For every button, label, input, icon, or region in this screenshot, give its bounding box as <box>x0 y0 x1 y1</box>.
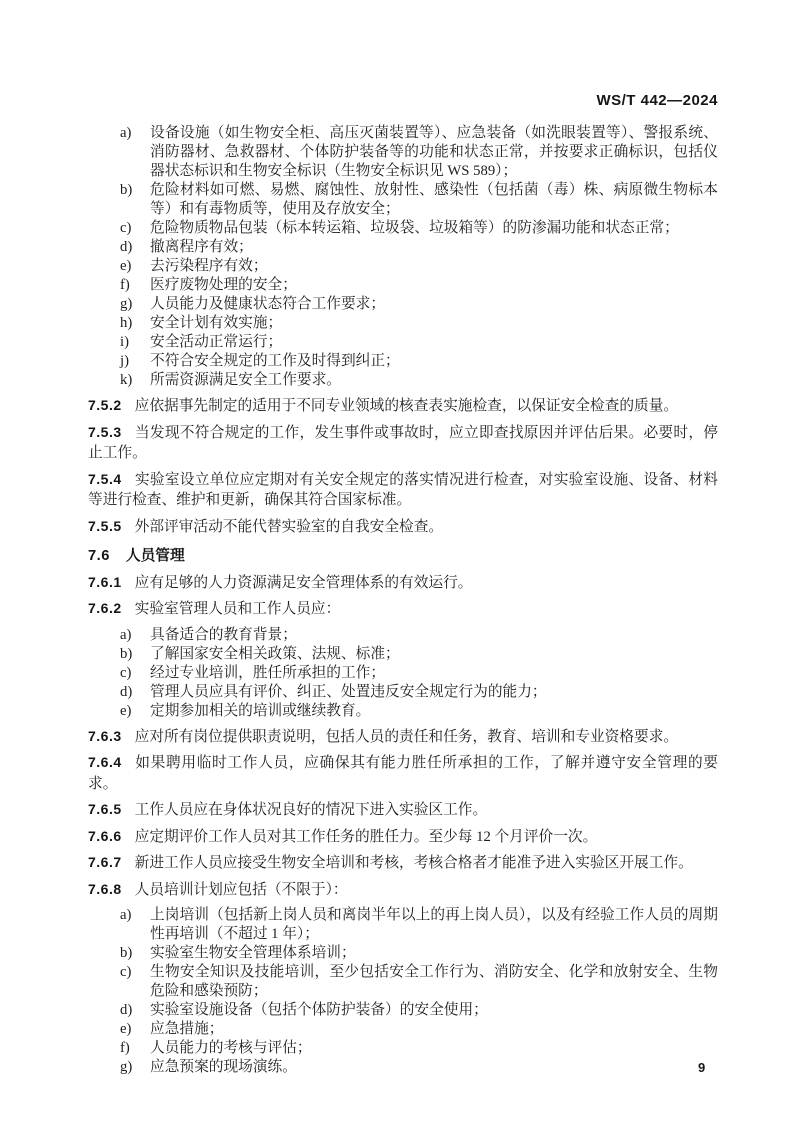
list-item-label: g) <box>120 1058 150 1077</box>
list-item-text: 不符合安全规定的工作及时得到纠正； <box>150 352 718 371</box>
list-item-label: c) <box>120 963 150 1001</box>
list-item: a) 上岗培训（包括新上岗人员和离岗半年以上的再上岗人员），以及有经验工作人员的… <box>120 906 718 944</box>
clause-number: 7.6.2 <box>88 600 122 616</box>
list-item-text: 所需资源满足安全工作要求。 <box>150 371 718 390</box>
clause-text: 如果聘用临时工作人员，应确保其有能力胜任所承担的工作，了解并遵守安全管理的要求。 <box>88 755 718 792</box>
list-item-text: 应急措施； <box>150 1020 718 1039</box>
list-item-label: c) <box>120 664 150 683</box>
list-item-text: 管理人员应具有评价、纠正、处置违反安全规定行为的能力； <box>150 683 718 702</box>
list-item-text: 医疗废物处理的安全； <box>150 276 718 295</box>
safety-check-list: a) 设备设施（如生物安全柜、高压灭菌装置等）、应急装备（如洗眼装置等）、警报系… <box>88 124 718 390</box>
list-item-text: 去污染程序有效； <box>150 257 718 276</box>
list-item-label: e) <box>120 1020 150 1039</box>
list-item-text: 具备适合的教育背景； <box>150 626 718 645</box>
list-item: e) 定期参加相关的培训或继续教育。 <box>120 702 718 721</box>
list-item: d) 实验室设施设备（包括个体防护装备）的安全使用； <box>120 1001 718 1020</box>
clause-7-5-4: 7.5.4实验室设立单位应定期对有关安全规定的落实情况进行检查，对实验室设施、设… <box>88 469 718 511</box>
clause-7-5-5: 7.5.5外部评审活动不能代替实验室的自我安全检查。 <box>88 516 718 538</box>
list-item: h) 安全计划有效实施； <box>120 314 718 333</box>
clause-text: 应对所有岗位提供职责说明，包括人员的责任和任务，教育、培训和专业资格要求。 <box>135 729 678 745</box>
list-item-label: d) <box>120 238 150 257</box>
clause-number: 7.6.4 <box>88 754 122 770</box>
clause-7-6-3: 7.6.3应对所有岗位提供职责说明，包括人员的责任和任务，教育、培训和专业资格要… <box>88 726 718 748</box>
list-item-text: 危险物质物品包装（标本转运箱、垃圾袋、垃圾箱等）的防渗漏功能和状态正常； <box>150 219 718 238</box>
list-item: a) 设备设施（如生物安全柜、高压灭菌装置等）、应急装备（如洗眼装置等）、警报系… <box>120 124 718 181</box>
list-item-label: d) <box>120 1001 150 1020</box>
list-item-label: c) <box>120 219 150 238</box>
clause-7-6-8: 7.6.8人员培训计划应包括（不限于）： <box>88 879 718 901</box>
list-item: e) 去污染程序有效； <box>120 257 718 276</box>
list-item: b) 实验室生物安全管理体系培训； <box>120 944 718 963</box>
clause-7-6-6: 7.6.6应定期评价工作人员对其工作任务的胜任力。至少每 12 个月评价一次。 <box>88 826 718 848</box>
page-number: 9 <box>698 1060 705 1075</box>
list-item: f) 人员能力的考核与评估； <box>120 1039 718 1058</box>
list-item-text: 应急预案的现场演练。 <box>150 1058 718 1077</box>
clause-number: 7.5.2 <box>88 397 122 413</box>
clause-7-6-5: 7.6.5工作人员应在身体状况良好的情况下进入实验区工作。 <box>88 799 718 821</box>
list-item-label: e) <box>120 257 150 276</box>
list-item-text: 危险材料如可燃、易燃、腐蚀性、放射性、感染性（包括菌（毒）株、病原微生物标本等）… <box>150 181 718 219</box>
section-number: 7.6 <box>88 548 110 564</box>
list-item-text: 定期参加相关的培训或继续教育。 <box>150 702 718 721</box>
list-item: d) 管理人员应具有评价、纠正、处置违反安全规定行为的能力； <box>120 683 718 702</box>
clause-text: 人员培训计划应包括（不限于）： <box>135 882 348 898</box>
list-item: g) 人员能力及健康状态符合工作要求； <box>120 295 718 314</box>
list-item-label: i) <box>120 333 150 352</box>
list-item-text: 人员能力的考核与评估； <box>150 1039 718 1058</box>
clause-text: 外部评审活动不能代替实验室的自我安全检查。 <box>135 519 443 535</box>
list-item-label: f) <box>120 1039 150 1058</box>
list-item: f) 医疗废物处理的安全； <box>120 276 718 295</box>
list-item: k) 所需资源满足安全工作要求。 <box>120 371 718 390</box>
clause-number: 7.6.5 <box>88 801 122 817</box>
clause-text: 工作人员应在身体状况良好的情况下进入实验区工作。 <box>135 802 488 818</box>
page-content: a) 设备设施（如生物安全柜、高压灭菌装置等）、应急装备（如洗眼装置等）、警报系… <box>88 124 718 1077</box>
list-item-text: 经过专业培训，胜任所承担的工作； <box>150 664 718 683</box>
section-title: 人员管理 <box>126 548 185 564</box>
list-item: e) 应急措施； <box>120 1020 718 1039</box>
list-item-text: 撤离程序有效； <box>150 238 718 257</box>
list-item: g) 应急预案的现场演练。 <box>120 1058 718 1077</box>
list-item-label: a) <box>120 906 150 944</box>
clause-7-5-2: 7.5.2应依据事先制定的适用于不同专业领域的核查表实施检查，以保证安全检查的质… <box>88 395 718 417</box>
list-item-text: 设备设施（如生物安全柜、高压灭菌装置等）、应急装备（如洗眼装置等）、警报系统、消… <box>150 124 718 181</box>
document-page: WS/T 442—2024 a) 设备设施（如生物安全柜、高压灭菌装置等）、应急… <box>0 0 793 1122</box>
clause-7-6-1: 7.6.1应有足够的人力资源满足安全管理体系的有效运行。 <box>88 572 718 594</box>
list-item: c) 生物安全知识及技能培训，至少包括安全工作行为、消防安全、化学和放射安全、生… <box>120 963 718 1001</box>
list-item-label: k) <box>120 371 150 390</box>
list-item: d) 撤离程序有效； <box>120 238 718 257</box>
clause-7-5-3: 7.5.3当发现不符合规定的工作，发生事件或事故时，应立即查找原因并评估后果。必… <box>88 422 718 464</box>
list-item-text: 实验室生物安全管理体系培训； <box>150 944 718 963</box>
clause-number: 7.5.4 <box>88 471 122 487</box>
clause-7-6-4: 7.6.4如果聘用临时工作人员，应确保其有能力胜任所承担的工作，了解并遵守安全管… <box>88 752 718 794</box>
clause-7-6-2: 7.6.2实验室管理人员和工作人员应： <box>88 598 718 620</box>
list-item-text: 安全活动正常运行； <box>150 333 718 352</box>
clause-text: 新进工作人员应接受生物安全培训和考核，考核合格者才能准予进入实验区开展工作。 <box>135 855 693 871</box>
clause-text: 实验室设立单位应定期对有关安全规定的落实情况进行检查，对实验室设施、设备、材料等… <box>88 472 718 509</box>
clause-number: 7.6.7 <box>88 854 122 870</box>
clause-number: 7.5.5 <box>88 518 122 534</box>
clause-text: 实验室管理人员和工作人员应： <box>135 601 341 617</box>
clause-number: 7.6.3 <box>88 728 122 744</box>
list-item-label: b) <box>120 944 150 963</box>
list-item-label: a) <box>120 626 150 645</box>
list-item-label: g) <box>120 295 150 314</box>
training-plan-list: a) 上岗培训（包括新上岗人员和离岗半年以上的再上岗人员），以及有经验工作人员的… <box>88 906 718 1077</box>
list-item-label: f) <box>120 276 150 295</box>
list-item-label: b) <box>120 181 150 219</box>
clause-number: 7.6.8 <box>88 881 122 897</box>
list-item-label: h) <box>120 314 150 333</box>
personnel-requirements-list: a) 具备适合的教育背景； b) 了解国家安全相关政策、法规、标准； c) 经过… <box>88 626 718 721</box>
list-item: c) 危险物质物品包装（标本转运箱、垃圾袋、垃圾箱等）的防渗漏功能和状态正常； <box>120 219 718 238</box>
list-item-label: b) <box>120 645 150 664</box>
list-item: i) 安全活动正常运行； <box>120 333 718 352</box>
list-item: b) 危险材料如可燃、易燃、腐蚀性、放射性、感染性（包括菌（毒）株、病原微生物标… <box>120 181 718 219</box>
list-item-text: 人员能力及健康状态符合工作要求； <box>150 295 718 314</box>
list-item: b) 了解国家安全相关政策、法规、标准； <box>120 645 718 664</box>
clause-number: 7.5.3 <box>88 424 122 440</box>
standard-number-header: WS/T 442—2024 <box>596 92 718 109</box>
list-item-text: 上岗培训（包括新上岗人员和离岗半年以上的再上岗人员），以及有经验工作人员的周期性… <box>150 906 718 944</box>
list-item-label: a) <box>120 124 150 181</box>
clause-number: 7.6.1 <box>88 574 122 590</box>
clause-text: 应有足够的人力资源满足安全管理体系的有效运行。 <box>135 575 473 591</box>
clause-text: 应定期评价工作人员对其工作任务的胜任力。至少每 12 个月评价一次。 <box>135 829 598 845</box>
section-heading-7-6: 7.6人员管理 <box>88 546 718 567</box>
clause-7-6-7: 7.6.7新进工作人员应接受生物安全培训和考核，考核合格者才能准予进入实验区开展… <box>88 852 718 874</box>
clause-text: 应依据事先制定的适用于不同专业领域的核查表实施检查，以保证安全检查的质量。 <box>135 398 678 414</box>
clause-number: 7.6.6 <box>88 828 122 844</box>
list-item-label: d) <box>120 683 150 702</box>
list-item-label: j) <box>120 352 150 371</box>
list-item-text: 了解国家安全相关政策、法规、标准； <box>150 645 718 664</box>
list-item-label: e) <box>120 702 150 721</box>
list-item-text: 实验室设施设备（包括个体防护装备）的安全使用； <box>150 1001 718 1020</box>
list-item-text: 生物安全知识及技能培训，至少包括安全工作行为、消防安全、化学和放射安全、生物危险… <box>150 963 718 1001</box>
clause-text: 当发现不符合规定的工作，发生事件或事故时，应立即查找原因并评估后果。必要时，停止… <box>88 425 718 462</box>
list-item: c) 经过专业培训，胜任所承担的工作； <box>120 664 718 683</box>
list-item: j) 不符合安全规定的工作及时得到纠正； <box>120 352 718 371</box>
list-item: a) 具备适合的教育背景； <box>120 626 718 645</box>
list-item-text: 安全计划有效实施； <box>150 314 718 333</box>
